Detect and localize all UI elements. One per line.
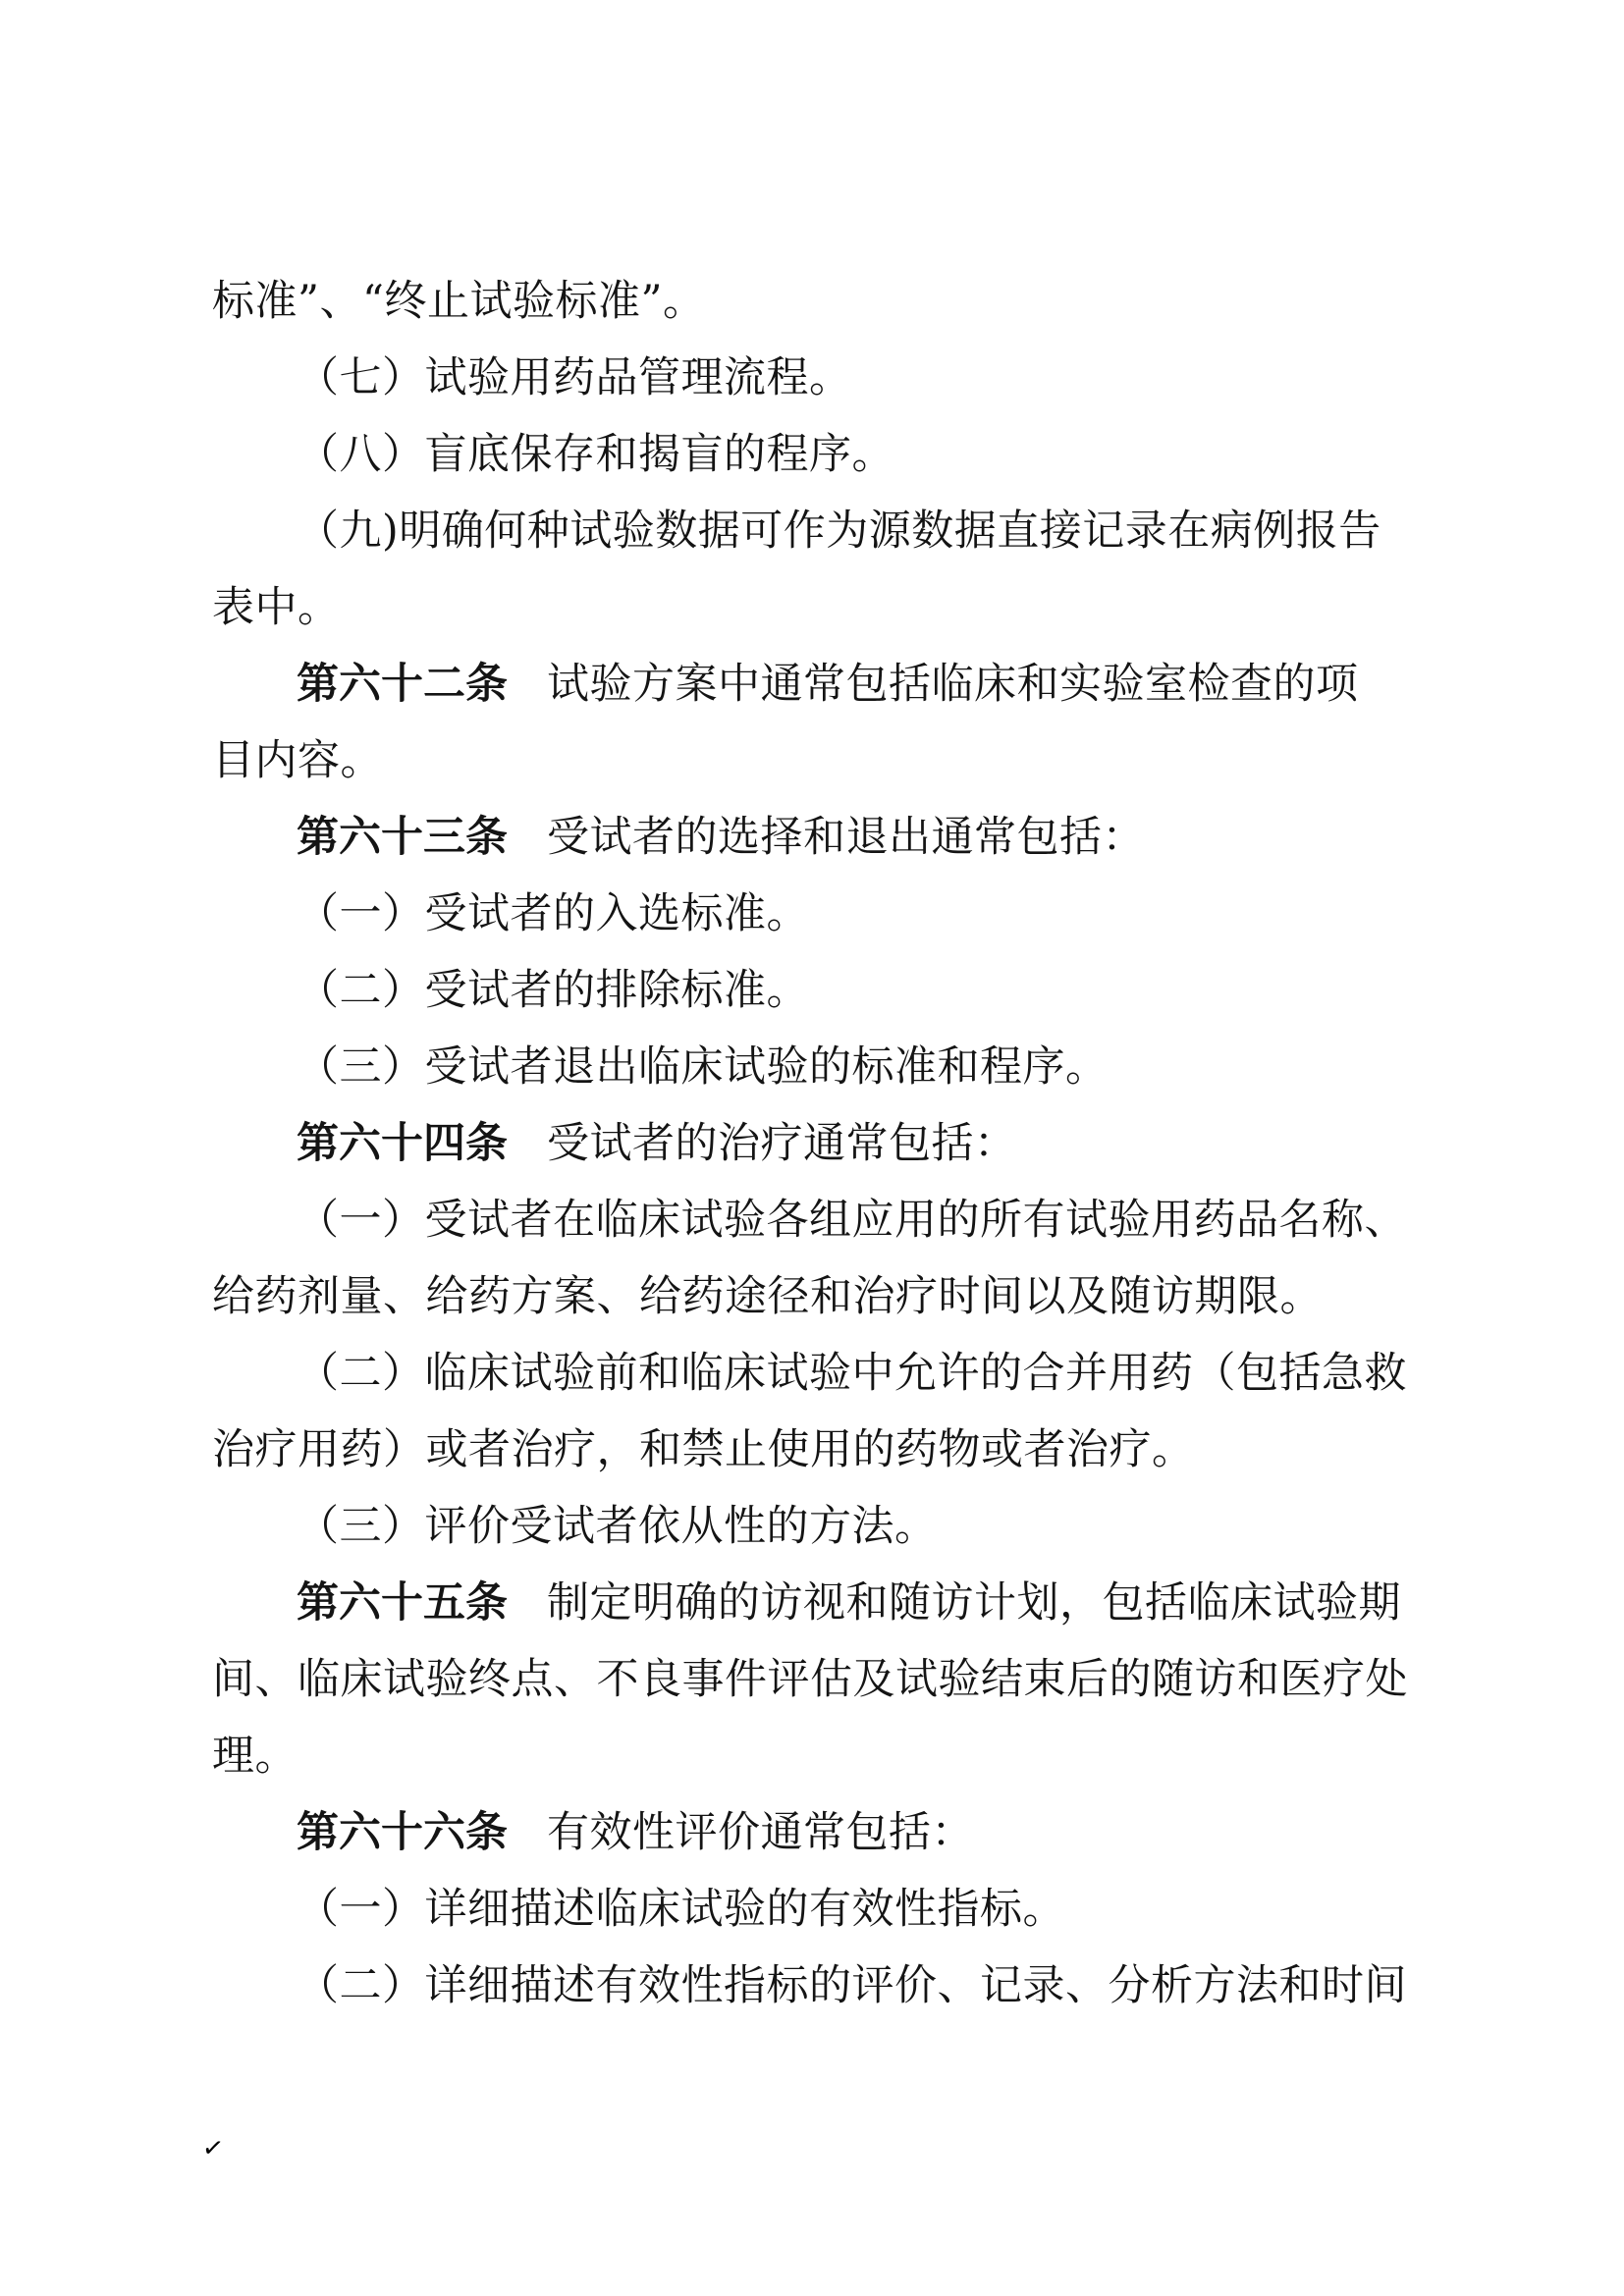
list-item-line: （二）受试者的排除标准。 [212,952,1418,1029]
text-block: 标准”、“终止试验标准”。 （七）试验用药品管理流程。 （八）盲底保存和揭盲的程… [212,263,1418,2024]
line-text: 目内容。 [212,736,383,785]
article-heading-line: 第六十六条有效性评价通常包括： [212,1794,1418,1871]
line-text: 受试者的治疗通常包括： [547,1119,1017,1168]
line-text: （一）详细描述临床试验的有效性指标。 [297,1885,1065,1934]
line-text: 有效性评价通常包括： [547,1808,974,1857]
text-line: 标准”、“终止试验标准”。 [212,263,1418,340]
line-text: 给药剂量、给药方案、给药途径和治疗时间以及随访期限。 [212,1272,1323,1321]
line-text: （二）详细描述有效性指标的评价、记录、分析方法和时间 [297,1961,1407,2010]
line-text: 治疗用药）或者治疗，和禁止使用的药物或者治疗。 [212,1425,1195,1474]
line-text: （三）评价受试者依从性的方法。 [297,1502,938,1551]
list-item-line: （一）受试者的入选标准。 [212,876,1418,952]
list-item-line: （八）盲底保存和揭盲的程序。 [212,416,1418,493]
article-number: 第六十六条 [297,1808,508,1857]
document-page: 标准”、“终止试验标准”。 （七）试验用药品管理流程。 （八）盲底保存和揭盲的程… [0,0,1624,2296]
article-number: 第六十五条 [297,1578,508,1628]
text-line: 给药剂量、给药方案、给药途径和治疗时间以及随访期限。 [212,1258,1418,1335]
text-line: 理。 [212,1718,1418,1794]
line-text: 试验方案中通常包括临床和实验室检查的项 [547,660,1359,709]
text-line: 表中。 [212,569,1418,646]
line-text: （八）盲底保存和揭盲的程序。 [297,430,894,479]
line-text: （七）试验用药品管理流程。 [297,353,852,402]
list-item-line: （七）试验用药品管理流程。 [212,340,1418,416]
line-text: （二）临床试验前和临床试验中允许的合并用药（包括急救 [297,1349,1407,1398]
list-item-line: （九)明确何种试验数据可作为源数据直接记录在病例报告 [212,493,1418,569]
article-number: 第六十二条 [297,660,508,709]
line-text: （三）受试者退出临床试验的标准和程序。 [297,1042,1109,1092]
line-text: 受试者的选择和退出通常包括： [547,813,1145,862]
article-number: 第六十四条 [297,1119,508,1168]
list-item-line: （二）详细描述有效性指标的评价、记录、分析方法和时间 [212,1948,1418,2024]
line-text: （九)明确何种试验数据可作为源数据直接记录在病例报告 [297,507,1381,556]
line-text: （一）受试者在临床试验各组应用的所有试验用药品名称、 [297,1196,1407,1245]
article-heading-line: 第六十三条受试者的选择和退出通常包括： [212,799,1418,876]
list-item-line: （一）受试者在临床试验各组应用的所有试验用药品名称、 [212,1182,1418,1258]
line-text: 间、临床试验终点、不良事件评估及试验结束后的随访和医疗处 [212,1655,1408,1704]
line-text: 标准”、“终止试验标准”。 [212,277,705,326]
line-text: 表中。 [212,583,341,632]
list-item-line: （二）临床试验前和临床试验中允许的合并用药（包括急救 [212,1335,1418,1412]
list-item-line: （三）评价受试者依从性的方法。 [212,1488,1418,1565]
text-line: 治疗用药）或者治疗，和禁止使用的药物或者治疗。 [212,1412,1418,1488]
list-item-line: （一）详细描述临床试验的有效性指标。 [212,1871,1418,1948]
line-text: 理。 [212,1732,298,1781]
article-heading-line: 第六十四条受试者的治疗通常包括： [212,1105,1418,1182]
article-heading-line: 第六十五条制定明确的访视和随访计划，包括临床试验期 [212,1565,1418,1641]
article-heading-line: 第六十二条试验方案中通常包括临床和实验室检查的项 [212,646,1418,722]
line-text: （一）受试者的入选标准。 [297,889,809,938]
text-line: 间、临床试验终点、不良事件评估及试验结束后的随访和医疗处 [212,1641,1418,1718]
article-number: 第六十三条 [297,813,508,862]
line-text: 制定明确的访视和随访计划，包括临床试验期 [547,1578,1401,1628]
stray-check-mark: ✓ [200,2135,225,2163]
list-item-line: （三）受试者退出临床试验的标准和程序。 [212,1029,1418,1105]
line-text: （二）受试者的排除标准。 [297,966,809,1015]
text-line: 目内容。 [212,722,1418,799]
